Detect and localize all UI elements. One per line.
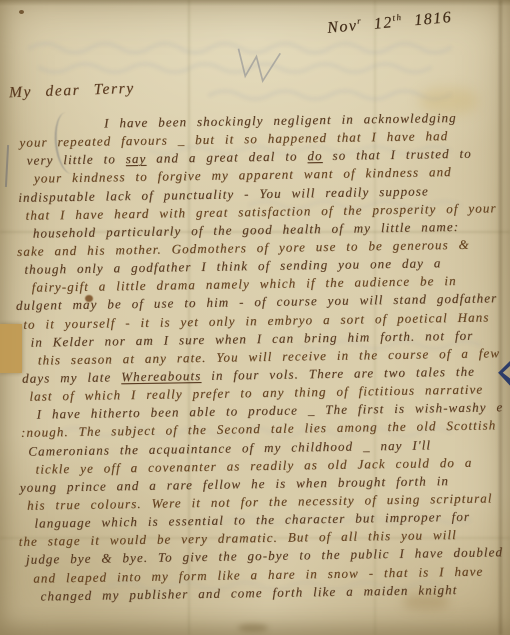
date-year: 1816 — [402, 9, 453, 30]
letter-body: I have been shockingly negligent in ackn… — [8, 109, 510, 607]
letter-date: Novr 12th 1816 — [326, 8, 453, 38]
paper-speck — [19, 10, 24, 14]
date-month: Nov — [327, 17, 359, 37]
date-day: 12 — [362, 14, 394, 34]
pencil-w-mark — [231, 44, 284, 87]
letter-scan-page: Novr 12th 1816 My dear Terry I have been… — [0, 0, 510, 635]
top-edge-shadow — [0, 0, 510, 6]
letter-salutation: My dear Terry — [9, 80, 135, 102]
paper-stain — [238, 624, 268, 632]
